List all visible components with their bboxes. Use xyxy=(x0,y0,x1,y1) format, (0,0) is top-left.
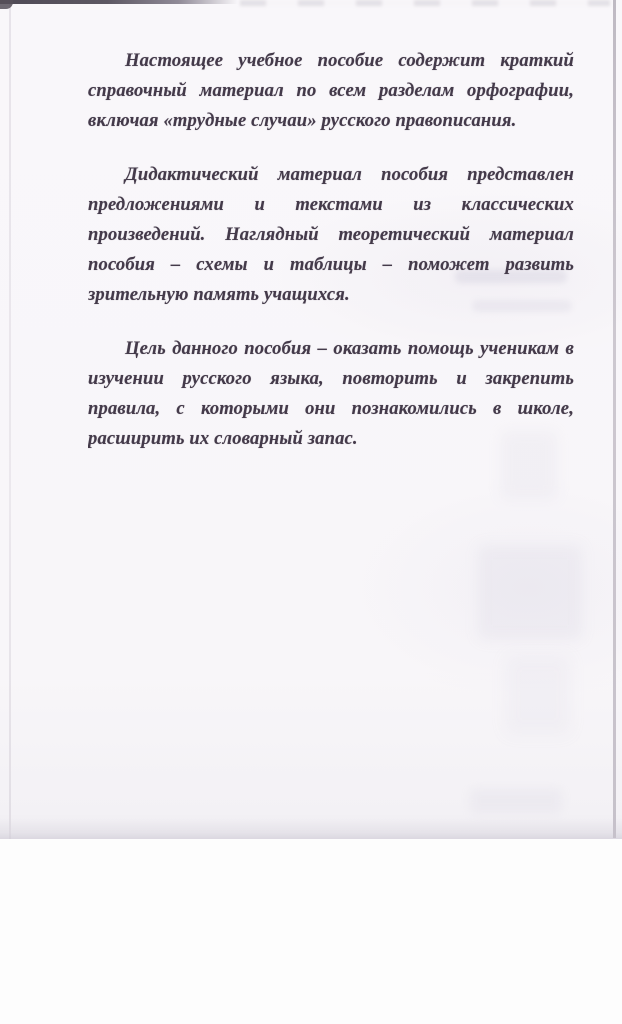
paragraph-3: Цель данного пособия – оказать помощь уч… xyxy=(88,334,574,454)
scan-corner-artifact xyxy=(0,0,13,9)
text-line: правила, с которыми они познакомились в … xyxy=(88,394,574,424)
text-line: включая «трудные случаи» русского правоп… xyxy=(88,106,574,136)
paragraph-2: Дидактический материал пособия представл… xyxy=(88,160,574,310)
scan-top-smudge xyxy=(240,0,610,6)
text-line: зрительную память учащихся. xyxy=(88,280,574,310)
text-line: произведений. Наглядный теоретический ма… xyxy=(88,220,574,250)
text-line: Дидактический материал пособия представл… xyxy=(88,160,574,190)
text-line: расширить их словарный запас. xyxy=(88,424,574,454)
scan-edge-right xyxy=(613,0,616,838)
text-line: Цель данного пособия – оказать помощь уч… xyxy=(88,334,574,364)
bleed-through-ghost xyxy=(505,655,571,735)
bleed-through-ghost xyxy=(470,788,562,814)
bleed-through-ghost xyxy=(478,545,582,640)
scanner-edge-strip xyxy=(0,0,238,4)
text-line: справочный материал по всем разделам орф… xyxy=(88,76,574,106)
scan-bottom-shadow xyxy=(0,818,622,839)
paragraph-1: Настоящее учебное пособие содержит кратк… xyxy=(88,46,574,136)
text-line: Настоящее учебное пособие содержит кратк… xyxy=(88,46,574,76)
scan-crease-left xyxy=(9,0,11,839)
scanned-page-view: Настоящее учебное пособие содержит кратк… xyxy=(0,0,622,1024)
text-line: предложениями и текстами из классических xyxy=(88,190,574,220)
text-line: пособия – схемы и таблицы – поможет разв… xyxy=(88,250,574,280)
text-line: изучении русского языка, повторить и зак… xyxy=(88,364,574,394)
page-scan-area: Настоящее учебное пособие содержит кратк… xyxy=(0,0,622,839)
text-block: Настоящее учебное пособие содержит кратк… xyxy=(88,46,574,478)
